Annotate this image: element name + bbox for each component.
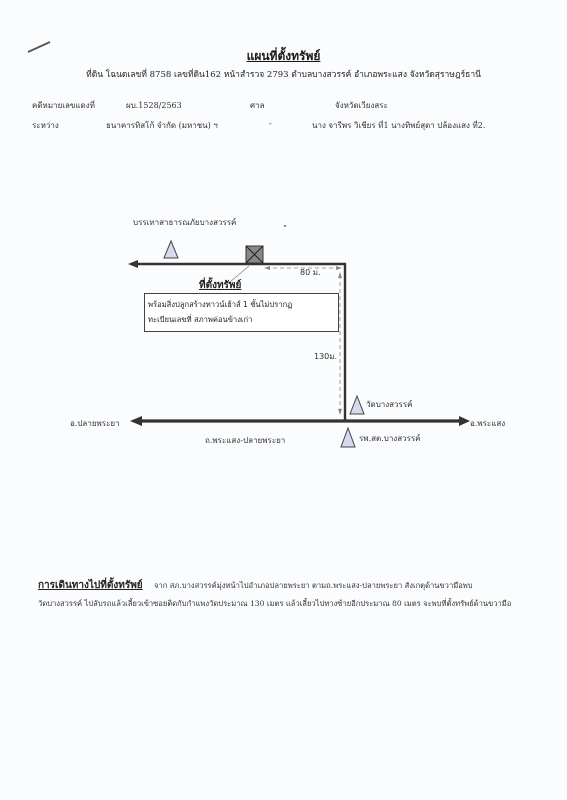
arrow-left-icon <box>130 416 142 426</box>
between-label: ระหว่าง <box>32 119 59 132</box>
page-title: แผนที่ตั้งทรัพย์ <box>0 47 567 66</box>
case-number: ผบ.1528/2563 <box>126 99 182 112</box>
landmark-top-label: บรรเทาสาธารณภัยบางสวรรค์ <box>133 216 236 229</box>
direction-right-label: อ.พระแสง <box>470 417 505 430</box>
property-description-box: พร้อมสิ่งปลูกสร้างทาวน์เฮ้าส์ 1 ชั้นไม่ป… <box>144 293 339 332</box>
court-label: ศาล <box>250 99 264 112</box>
route-line1: จาก สภ.บางสวรรค์มุ่งหน้าไปอำเภอปลายพระยา… <box>154 580 473 592</box>
dimension-arrow-icon <box>338 272 342 278</box>
arrow-left-icon <box>128 260 138 268</box>
road-name-label: ถ.พระแสง-ปลายพระยา <box>205 434 285 447</box>
plaintiff: ธนาคารทิสโก้ จำกัด (มหาชน) ฯ <box>106 119 218 132</box>
dimension-arrow-icon <box>338 409 342 415</box>
route-heading: การเดินทางไปที่ตั้งทรัพย์ <box>38 578 143 593</box>
property-marker-icon <box>246 246 263 263</box>
case-label: คดีหมายเลขแดงที่ <box>32 99 95 112</box>
temple-triangle-icon <box>350 396 364 414</box>
dimension-arrow-icon <box>264 266 270 270</box>
arrow-right-icon <box>459 416 470 426</box>
page-subtitle: ที่ดิน โฉนดเลขที่ 8758 เลขที่ดิน162 หน้า… <box>0 67 567 81</box>
separator: - <box>269 119 272 128</box>
dimension-arrow-icon <box>336 266 342 270</box>
property-desc-line2: ทะเบียนเลขที่ สภาพค่อนข้างเก่า <box>148 312 335 327</box>
direction-left-label: อ.ปลายพระยา <box>70 417 120 430</box>
landmark-triangle-icon <box>164 241 178 258</box>
defendant: นาง จารีพร วิเชียร ที่1 นางทิพย์สุดา ปล้… <box>312 119 485 132</box>
speck <box>284 225 286 227</box>
court-name: จังหวัดเวียงสระ <box>335 99 388 112</box>
hospital-triangle-icon <box>341 428 355 447</box>
temple-label: วัดบางสวรรค์ <box>366 398 412 411</box>
distance-vertical: 130ม. <box>314 350 337 363</box>
distance-horizontal: 80 ม. <box>300 266 321 279</box>
property-label: ที่ตั้งทรัพย์ <box>199 278 241 293</box>
property-desc-line1: พร้อมสิ่งปลูกสร้างทาวน์เฮ้าส์ 1 ชั้นไม่ป… <box>148 297 335 312</box>
hospital-label: รพ.สต.บางสวรรค์ <box>359 432 421 445</box>
route-line2: วัดบางสวรรค์ ไปลับรถแล้วเลี้ยวเข้าซอยติด… <box>38 598 511 610</box>
